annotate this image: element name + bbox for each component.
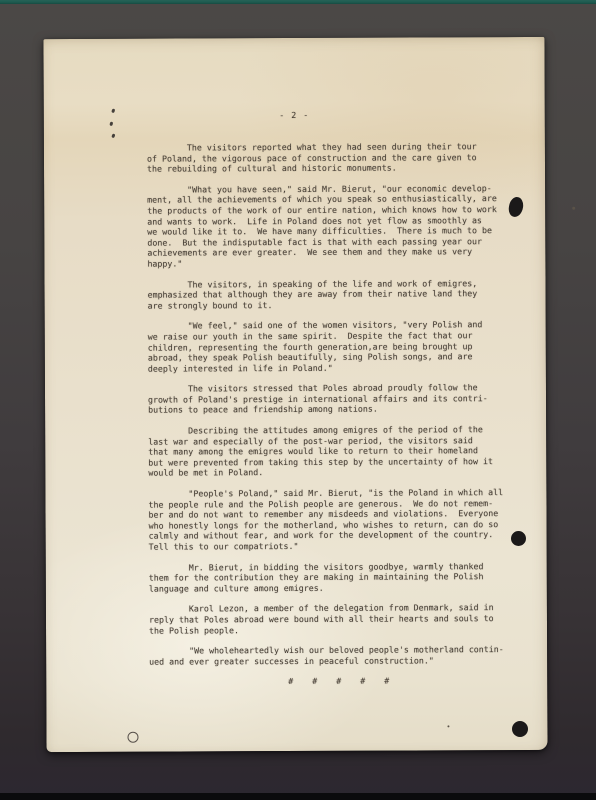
end-marks: # # # # #	[149, 675, 529, 687]
scan-top-edge-strip	[0, 0, 596, 4]
document-page: - 2 - The visitors reported what they ha…	[43, 37, 547, 752]
paper-speck	[572, 207, 575, 210]
paragraph-9: Karol Lezon, a member of the delegation …	[149, 602, 529, 635]
ink-speck-icon	[109, 122, 113, 127]
pencil-circle-mark	[127, 732, 138, 743]
scan-bottom-edge-strip	[0, 793, 596, 800]
paragraph-10: "We wholeheartedly wish our beloved peop…	[149, 644, 529, 667]
ink-speck-icon	[111, 133, 115, 138]
paragraph-6: Describing the attitudes among emigres o…	[148, 424, 528, 479]
paragraph-7: "People's Poland," said Mr. Bierut, "is …	[148, 487, 528, 552]
paragraph-5: The visitors stressed that Poles abroad …	[148, 382, 528, 415]
paragraph-4: "We feel," said one of the women visitor…	[148, 319, 528, 374]
paragraph-8: Mr. Bierut, in bidding the visitors good…	[149, 561, 529, 594]
paragraph-3: The visitors, in speaking of the life an…	[147, 278, 527, 311]
punch-hole-bottom	[512, 721, 528, 737]
ink-speck-icon	[111, 108, 115, 113]
paragraph-2: "What you have seen," said Mr. Bierut, "…	[147, 183, 527, 269]
document-body: The visitors reported what they had seen…	[147, 141, 529, 688]
scan-background: - 2 - The visitors reported what they ha…	[0, 0, 596, 800]
paragraph-1: The visitors reported what they had seen…	[147, 141, 527, 174]
ink-marks	[108, 108, 118, 142]
punch-hole-middle	[511, 531, 526, 546]
paper-speck	[447, 725, 449, 727]
page-number: - 2 -	[44, 109, 545, 122]
